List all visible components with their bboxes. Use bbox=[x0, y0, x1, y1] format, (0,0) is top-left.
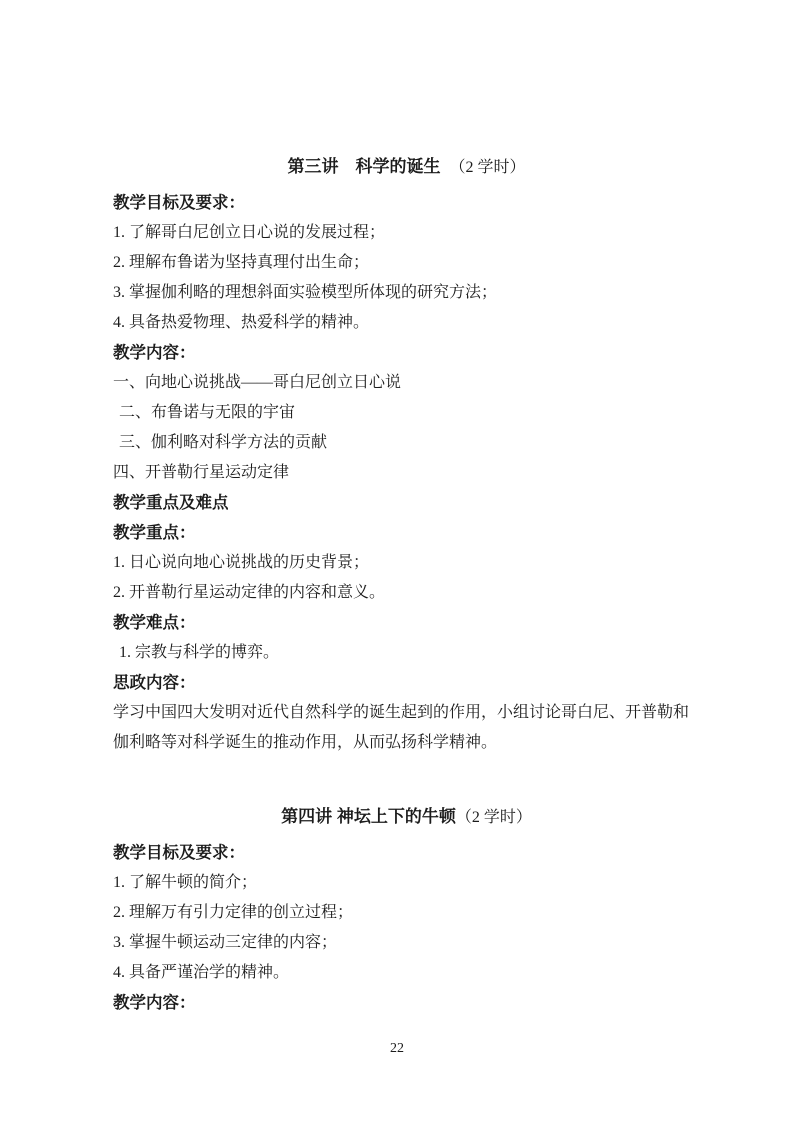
document-page: 第三讲 科学的诞生（2 学时） 教学目标及要求： 1. 了解哥白尼创立日心说的发… bbox=[0, 0, 794, 1123]
heading-keypoints: 教学重点： bbox=[113, 518, 700, 548]
objective-item-3: 3. 掌握牛顿运动三定律的内容； bbox=[113, 928, 700, 958]
section-title-lecture-4: 第四讲 神坛上下的牛顿（2 学时） bbox=[113, 802, 700, 838]
keypoint-item-2: 2. 开普勒行星运动定律的内容和意义。 bbox=[113, 578, 700, 608]
objective-item-2: 2. 理解布鲁诺为坚持真理付出生命； bbox=[113, 248, 700, 278]
heading-ideology-content: 思政内容： bbox=[113, 668, 700, 698]
heading-objectives: 教学目标及要求： bbox=[113, 838, 700, 868]
section-title-hours: （2 学时） bbox=[456, 809, 532, 826]
page-content: 第三讲 科学的诞生（2 学时） 教学目标及要求： 1. 了解哥白尼创立日心说的发… bbox=[113, 0, 700, 1018]
objective-item-2: 2. 理解万有引力定律的创立过程； bbox=[113, 898, 700, 928]
heading-teaching-content: 教学内容： bbox=[113, 988, 700, 1018]
content-item-2: 二、布鲁诺与无限的宇宙 bbox=[113, 398, 700, 428]
heading-teaching-content: 教学内容： bbox=[113, 338, 700, 368]
objective-item-4: 4. 具备严谨治学的精神。 bbox=[113, 958, 700, 988]
section-title-lecture-3: 第三讲 科学的诞生（2 学时） bbox=[113, 152, 700, 188]
top-margin bbox=[113, 0, 700, 152]
objective-item-4: 4. 具备热爱物理、热爱科学的精神。 bbox=[113, 308, 700, 338]
ideology-paragraph-line-1: 学习中国四大发明对近代自然科学的诞生起到的作用，小组讨论哥白尼、开普勒和 bbox=[113, 698, 700, 728]
difficulty-item-1: 1. 宗教与科学的博弈。 bbox=[113, 638, 700, 668]
ideology-paragraph-line-2: 伽利略等对科学诞生的推动作用，从而弘扬科学精神。 bbox=[113, 728, 700, 758]
section-gap bbox=[113, 758, 700, 802]
keypoint-item-1: 1. 日心说向地心说挑战的历史背景； bbox=[113, 548, 700, 578]
content-item-3: 三、伽利略对科学方法的贡献 bbox=[113, 428, 700, 458]
section-title-text: 第三讲 科学的诞生 bbox=[287, 157, 440, 176]
content-item-1: 一、向地心说挑战——哥白尼创立日心说 bbox=[113, 368, 700, 398]
heading-objectives: 教学目标及要求： bbox=[113, 188, 700, 218]
section-title-text: 第四讲 神坛上下的牛顿 bbox=[281, 807, 456, 826]
section-title-hours: （2 学时） bbox=[449, 159, 525, 176]
content-item-4: 四、开普勒行星运动定律 bbox=[113, 458, 700, 488]
objective-item-3: 3. 掌握伽利略的理想斜面实验模型所体现的研究方法； bbox=[113, 278, 700, 308]
page-number: 22 bbox=[0, 1041, 794, 1057]
heading-difficulties: 教学难点： bbox=[113, 608, 700, 638]
heading-keypoints-difficulties: 教学重点及难点 bbox=[113, 488, 700, 518]
objective-item-1: 1. 了解牛顿的简介； bbox=[113, 868, 700, 898]
objective-item-1: 1. 了解哥白尼创立日心说的发展过程； bbox=[113, 218, 700, 248]
